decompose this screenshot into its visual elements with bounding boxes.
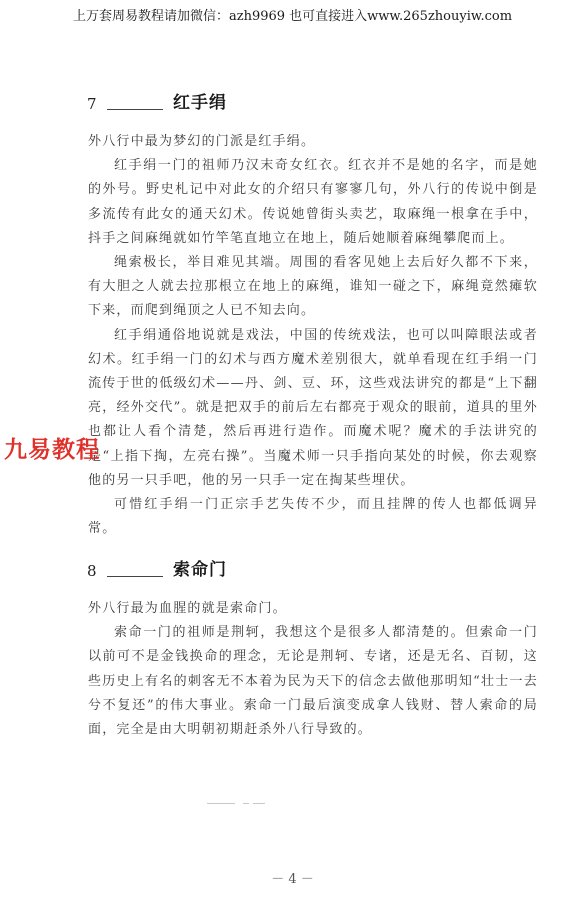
paragraph: 红手绢通俗地说就是戏法，中国的传统戏法，也可以叫障眼法或者幻术。红手绢一门的幻术… (88, 324, 538, 493)
section-body-7: 外八行中最为梦幻的门派是红手绢。 红手绢一门的祖师乃汉末奇女红衣。红衣并不是她的… (88, 130, 538, 541)
section-number: 8 (87, 562, 101, 580)
paragraph: 可惜红手绢一门正宗手艺失传不少，而且挂牌的传人也都低调异常。 (88, 493, 538, 541)
top-banner: 上万套周易教程请加微信：azh9969 也可直接进入www.265zhouyiw… (0, 5, 585, 24)
section-heading-8: 8 索命门 (87, 555, 227, 580)
watermark-logo: 九易教程 (4, 431, 100, 464)
section-number: 7 (87, 95, 101, 113)
section-body-8: 外八行最为血腥的就是索命门。 索命一门的祖师是荆轲，我想这个是很多人都清楚的。但… (88, 597, 538, 742)
heading-rule (107, 575, 163, 577)
paragraph: 红手绢一门的祖师乃汉末奇女红衣。红衣并不是她的名字，而是她的外号。野史札记中对此… (88, 154, 538, 251)
section-heading-7: 7 红手绢 (87, 88, 227, 113)
scan-mark (207, 793, 267, 796)
page-number: － 4 － (0, 868, 585, 887)
paragraph: 外八行中最为梦幻的门派是红手绢。 (88, 130, 538, 154)
section-title: 红手绢 (173, 88, 227, 113)
paragraph: 索命一门的祖师是荆轲，我想这个是很多人都清楚的。但索命一门以前可不是金钱换命的理… (88, 621, 538, 742)
heading-rule (107, 108, 163, 110)
paragraph: 绳索极长，举目难见其端。周围的看客见她上去后好久都不下来，有大胆之人就去拉那根立… (88, 251, 538, 324)
section-title: 索命门 (173, 555, 227, 580)
paragraph: 外八行最为血腥的就是索命门。 (88, 597, 538, 621)
